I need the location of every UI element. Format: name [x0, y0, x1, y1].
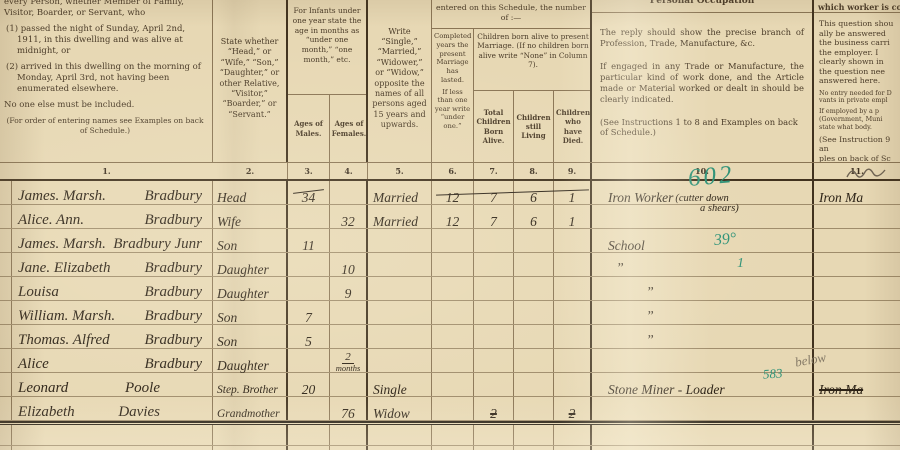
- industry-cell: [814, 205, 900, 228]
- age-male-cell: 20: [288, 373, 330, 396]
- pencil-scribble-icon: [845, 165, 887, 181]
- col1-intro: every Person, whether Member of Family, …: [4, 0, 206, 19]
- children-living-cell: [514, 229, 554, 252]
- years-married-cell: [432, 301, 474, 324]
- green-code-602: 602: [687, 161, 736, 193]
- children-group-note: Children born alive to present Marriage.…: [474, 29, 592, 91]
- column-number-strip: 1. 2. 3. 4. 5. 6. 7. 8. 9. 10. 11.: [0, 162, 900, 181]
- marriage-subcolumns: Completed years the present Marriage has…: [432, 29, 590, 162]
- industry-title: which worker is co: [814, 0, 900, 13]
- children-living-cell: 6: [514, 205, 554, 228]
- children-born-cell: [474, 349, 514, 372]
- relationship-cell: Wife: [213, 205, 288, 228]
- age-male-cell: [288, 253, 330, 276]
- struck-value: 2: [490, 407, 497, 421]
- colnum-6: 6.: [432, 163, 474, 179]
- children-born-cell: [474, 301, 514, 324]
- entry-row-james-marsh-bradbury-junr: James. Marsh.Bradbury Junr Son 11 School: [0, 229, 900, 253]
- marital-cell: [368, 253, 432, 276]
- age-female-cell: [330, 425, 368, 445]
- children-born-cell: [474, 277, 514, 300]
- colnum-1: 1.: [0, 163, 213, 179]
- margin-cell: [0, 373, 12, 396]
- children-born-cell: [474, 373, 514, 396]
- age-female-cell: [330, 446, 368, 450]
- years-married-cell: [432, 325, 474, 348]
- occupation-cell: ”: [592, 325, 814, 348]
- children-born-cell: [474, 253, 514, 276]
- relationship-cell: Head: [213, 181, 288, 204]
- industry-cell: Iron Ma: [814, 181, 900, 204]
- ditto-mark: ”: [646, 286, 654, 300]
- children-born-cell: [474, 425, 514, 445]
- col9-subheader-have-died: Children who have Died.: [554, 91, 592, 162]
- col7-subheader-born-alive: Total Children Born Alive.: [474, 91, 514, 162]
- years-married-cell: [432, 253, 474, 276]
- col1-header-instructions: every Person, whether Member of Family, …: [0, 0, 213, 162]
- colnum-3: 3.: [288, 163, 330, 179]
- children-died-cell: [554, 349, 592, 372]
- green-code-39: 39°: [713, 230, 737, 250]
- years-married-cell: [432, 397, 474, 420]
- colnum-9: 9.: [554, 163, 592, 179]
- children-died-cell: 2: [554, 397, 592, 420]
- margin-cell: [0, 229, 12, 252]
- children-born-cell: 7: [474, 205, 514, 228]
- children-living-cell: [514, 277, 554, 300]
- industry-cell: [814, 325, 900, 348]
- children-died-cell: [554, 277, 592, 300]
- marital-cell: Widow: [368, 397, 432, 420]
- age-female-cell: 76: [330, 397, 368, 420]
- children-living-cell: [514, 425, 554, 445]
- entry-row-elizabeth-davies: ElizabethDavies Grandmother 76 Widow 2 2: [0, 397, 900, 421]
- years-married-cell: 12: [432, 181, 474, 204]
- col11-header-industry: which worker is co This question shou al…: [814, 0, 900, 162]
- age-female-cell: 32: [330, 205, 368, 228]
- children-died-cell: [554, 301, 592, 324]
- col4-subheader-ages-females: Ages of Females.: [330, 95, 368, 162]
- children-born-cell: [474, 229, 514, 252]
- age-male-cell: [288, 425, 330, 445]
- occupation-title: Personal Occupation: [592, 0, 812, 13]
- industry-cell: [814, 397, 900, 420]
- header-band: every Person, whether Member of Family, …: [0, 0, 900, 162]
- col5-header-marital: Write “Single,” “Married,” “Widower,” or…: [368, 0, 432, 162]
- children-died-cell: [554, 446, 592, 450]
- col2-text: State whether “Head,” or “Wife,” “Son,” …: [217, 37, 282, 120]
- age-female-cell: 2months: [330, 349, 368, 372]
- years-married-cell: 12: [432, 205, 474, 228]
- name-cell: Alice. Ann.Bradbury: [12, 205, 213, 228]
- children-died-cell: [554, 229, 592, 252]
- occupation-cell: [592, 446, 814, 450]
- entries: James. Marsh.Bradbury Head 34 Married 12…: [0, 181, 900, 421]
- entry-row-james-marsh-bradbury: James. Marsh.Bradbury Head 34 Married 12…: [0, 181, 900, 205]
- years-married-cell: [432, 277, 474, 300]
- relationship-cell: Daughter: [213, 277, 288, 300]
- name-cell: [12, 446, 213, 450]
- name-cell: James. Marsh.Bradbury: [12, 181, 213, 204]
- col3-subheader-ages-males: Ages of Males.: [288, 95, 330, 162]
- age-female-cell: 9: [330, 277, 368, 300]
- industry-cell: [814, 253, 900, 276]
- occupation-instructions: The reply should show the precise branch…: [592, 13, 812, 138]
- industry-cell: [814, 277, 900, 300]
- relationship-cell: Grandmother: [213, 397, 288, 420]
- age-male-cell: 7: [288, 301, 330, 324]
- marital-cell: [368, 277, 432, 300]
- marital-cell: [368, 425, 432, 445]
- children-born-cell: [474, 446, 514, 450]
- age-male-cell: [288, 397, 330, 420]
- children-born-cell: [474, 325, 514, 348]
- col2-header-relationship: State whether “Head,” or “Wife,” “Son,” …: [213, 0, 288, 162]
- ditto-mark: ”: [646, 310, 654, 324]
- age-male-cell: [288, 205, 330, 228]
- green-code-1: 1: [737, 256, 744, 272]
- margin-cell: [0, 446, 12, 450]
- name-cell: William. Marsh.Bradbury: [12, 301, 213, 324]
- col1-item2: (2) arrived in this dwelling on the morn…: [4, 62, 206, 95]
- industry-cell: [814, 425, 900, 445]
- entry-row-thomas-alfred-bradbury: Thomas. AlfredBradbury Son 5 ”: [0, 325, 900, 349]
- age-female-cell: [330, 325, 368, 348]
- children-living-cell: [514, 349, 554, 372]
- years-married-cell: [432, 373, 474, 396]
- years-married-cell: [432, 349, 474, 372]
- relationship-cell: Son: [213, 229, 288, 252]
- margin-cell: [0, 277, 12, 300]
- age-male-cell: [288, 446, 330, 450]
- margin-cell: [0, 425, 12, 445]
- occupation-cell: [592, 397, 814, 420]
- age-male-cell: [288, 349, 330, 372]
- marital-cell: [368, 301, 432, 324]
- children-group: Children born alive to present Marriage.…: [474, 29, 592, 162]
- col1-note2: (For order of entering names see Example…: [4, 116, 206, 136]
- marital-cell: Married: [368, 181, 432, 204]
- children-living-cell: [514, 301, 554, 324]
- children-died-cell: [554, 325, 592, 348]
- years-married-cell: [432, 425, 474, 445]
- relationship-cell: Step. Brother: [213, 373, 288, 396]
- age-male-cell: [288, 277, 330, 300]
- name-cell: James. Marsh.Bradbury Junr: [12, 229, 213, 252]
- age-male-cell: 5: [288, 325, 330, 348]
- ditto-mark: ”: [646, 334, 654, 348]
- occupation-cell: ”: [592, 277, 814, 300]
- occupation-cell: ”: [592, 253, 814, 276]
- relationship-cell: [213, 425, 288, 445]
- marital-cell: Married: [368, 205, 432, 228]
- margin-cell: [0, 205, 12, 228]
- struck-industry: Iron Ma: [819, 383, 863, 397]
- col10-header-occupation: Personal Occupation The reply should sho…: [592, 0, 814, 162]
- children-born-cell: 2: [474, 397, 514, 420]
- empty-row: [0, 425, 900, 446]
- col1-note1: No one else must be included.: [4, 100, 206, 111]
- col1-item1: (1) passed the night of Sunday, April 2n…: [4, 24, 206, 57]
- entry-row-william-marsh-bradbury: William. Marsh.Bradbury Son 7 ”: [0, 301, 900, 325]
- occupation-second-line: a shears): [700, 203, 739, 214]
- industry-cell: [814, 229, 900, 252]
- name-cell: [12, 425, 213, 445]
- struck-value: 2: [569, 407, 576, 421]
- margin-cell: [0, 181, 12, 204]
- children-living-cell: [514, 373, 554, 396]
- marital-cell: [368, 446, 432, 450]
- entry-row-alice-ann-bradbury: Alice. Ann.Bradbury Wife 32 Married 12 7…: [0, 205, 900, 229]
- industry-cell: [814, 349, 900, 372]
- name-cell: Thomas. AlfredBradbury: [12, 325, 213, 348]
- industry-cell: [814, 446, 900, 450]
- col5-text: Write “Single,” “Married,” “Widower,” or…: [372, 27, 427, 131]
- name-cell: Jane. ElizabethBradbury: [12, 253, 213, 276]
- marital-cell: [368, 349, 432, 372]
- years-married-cell: [432, 229, 474, 252]
- marital-cell: [368, 325, 432, 348]
- children-living-cell: [514, 325, 554, 348]
- margin-cell: [0, 349, 12, 372]
- census-form: every Person, whether Member of Family, …: [0, 0, 900, 450]
- ditto-mark: ”: [616, 262, 624, 276]
- age-female-cell: [330, 373, 368, 396]
- age-male-cell: 11: [288, 229, 330, 252]
- children-died-cell: 1: [554, 205, 592, 228]
- occupation-cell: ”: [592, 301, 814, 324]
- relationship-cell: Daughter: [213, 253, 288, 276]
- children-died-cell: [554, 425, 592, 445]
- margin-cell: [0, 253, 12, 276]
- ages-subheaders: Ages of Males. Ages of Females.: [288, 94, 366, 162]
- relationship-cell: Son: [213, 325, 288, 348]
- relationship-cell: Daughter: [213, 349, 288, 372]
- name-cell: AliceBradbury: [12, 349, 213, 372]
- col6-header-years-married: Completed years the present Marriage has…: [432, 29, 474, 162]
- years-married-cell: [432, 446, 474, 450]
- entry-row-jane-elizabeth-bradbury: Jane. ElizabethBradbury Daughter 10 ”: [0, 253, 900, 277]
- relationship-cell: Son: [213, 301, 288, 324]
- children-living-cell: [514, 253, 554, 276]
- name-cell: LeonardPoole: [12, 373, 213, 396]
- name-cell: ElizabethDavies: [12, 397, 213, 420]
- children-died-cell: 1: [554, 181, 592, 204]
- entry-row-louisa-bradbury: LouisaBradbury Daughter 9 ”: [0, 277, 900, 301]
- industry-instructions: This question shou ally be answered the …: [814, 13, 900, 162]
- marriage-group-note: entered on this Schedule, the number of …: [432, 0, 590, 29]
- colnum-5: 5.: [368, 163, 432, 179]
- margin-cell: [0, 397, 12, 420]
- green-code-583: 583: [762, 365, 783, 382]
- infants-note: For Infants under one year state the age…: [288, 0, 366, 94]
- relationship-cell: [213, 446, 288, 450]
- industry-cell: Iron Ma: [814, 373, 900, 396]
- children-subheaders: Total Children Born Alive. Children stil…: [474, 91, 592, 162]
- col3-4-header-ages: For Infants under one year state the age…: [288, 0, 368, 162]
- colnum-4: 4.: [330, 163, 368, 179]
- colnum-8: 8.: [514, 163, 554, 179]
- industry-cell: [814, 301, 900, 324]
- occupation-cell: School: [592, 229, 814, 252]
- children-died-cell: [554, 253, 592, 276]
- col6-9-header-marriage: entered on this Schedule, the number of …: [432, 0, 592, 162]
- children-died-cell: [554, 373, 592, 396]
- children-living-cell: [514, 446, 554, 450]
- children-living-cell: [514, 397, 554, 420]
- name-cell: LouisaBradbury: [12, 277, 213, 300]
- age-female-cell: [330, 229, 368, 252]
- margin-cell: [0, 301, 12, 324]
- margin-cell: [0, 325, 12, 348]
- colnum-2: 2.: [213, 163, 288, 179]
- age-female-cell: [330, 301, 368, 324]
- col8-subheader-still-living: Children still Living: [514, 91, 554, 162]
- age-female-cell: [330, 181, 368, 204]
- partial-row: [0, 446, 900, 450]
- occupation-cell: [592, 425, 814, 445]
- colnum-7: 7.: [474, 163, 514, 179]
- marital-cell: Single: [368, 373, 432, 396]
- marital-cell: [368, 229, 432, 252]
- age-female-cell: 10: [330, 253, 368, 276]
